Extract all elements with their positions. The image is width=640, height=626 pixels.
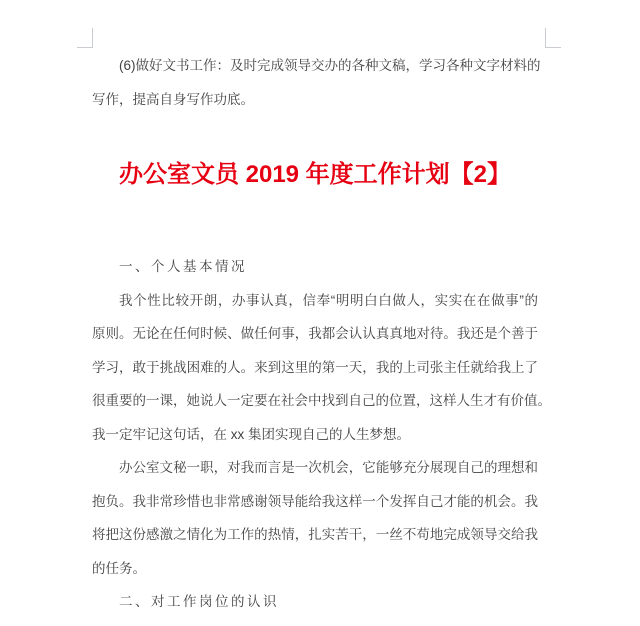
text-line: 抱负。我非常珍惜也非常感谢领导能给我这样一个发挥自己才能的机会。我 xyxy=(92,485,538,519)
text-line: 原则。无论在任何时候、做任何事，我都会认认真真地对待。我还是个善于 xyxy=(92,317,538,351)
section-heading: 一、个人基本情况 xyxy=(92,250,538,284)
text-line: 将把这份感激之情化为工作的热情，扎实苦干，一丝不苟地完成领导交给我 xyxy=(92,518,538,552)
text-line: 我个性比较开朗，办事认真，信奉“明明白白做人，实实在在做事”的 xyxy=(92,284,538,318)
page-margin-mark-top-right xyxy=(545,28,561,48)
text-line: 写作，提高自身写作功底。 xyxy=(92,83,538,117)
text-line: 我一定牢记这句话，在 xx 集团实现自己的人生梦想。 xyxy=(92,418,538,452)
section-heading: 二、对工作岗位的认识 xyxy=(92,585,538,619)
document-title: 办公室文员 2019 年度工作计划【2】 xyxy=(92,157,538,193)
document-page: (6)做好文书工作：及时完成领导交办的各种文稿，学习各种文字材料的写作，提高自身… xyxy=(0,0,640,626)
page-margin-mark-top-left xyxy=(77,28,93,48)
text-line: (6)做好文书工作：及时完成领导交办的各种文稿，学习各种文字材料的 xyxy=(92,49,538,83)
text-line: 学习，敢于挑战困难的人。来到这里的第一天，我的上司张主任就给我上了 xyxy=(92,351,538,385)
text-line: 办公室文秘一职，对我而言是一次机会，它能够充分展现自己的理想和 xyxy=(92,451,538,485)
intro-paragraph: (6)做好文书工作：及时完成领导交办的各种文稿，学习各种文字材料的写作，提高自身… xyxy=(92,49,538,116)
document-body: 一、个人基本情况我个性比较开朗，办事认真，信奉“明明白白做人，实实在在做事”的原… xyxy=(92,250,538,619)
text-line: 很重要的一课，她说人一定要在社会中找到自己的位置，这样人生才有价值。 xyxy=(92,384,538,418)
text-line: 的任务。 xyxy=(92,552,538,586)
